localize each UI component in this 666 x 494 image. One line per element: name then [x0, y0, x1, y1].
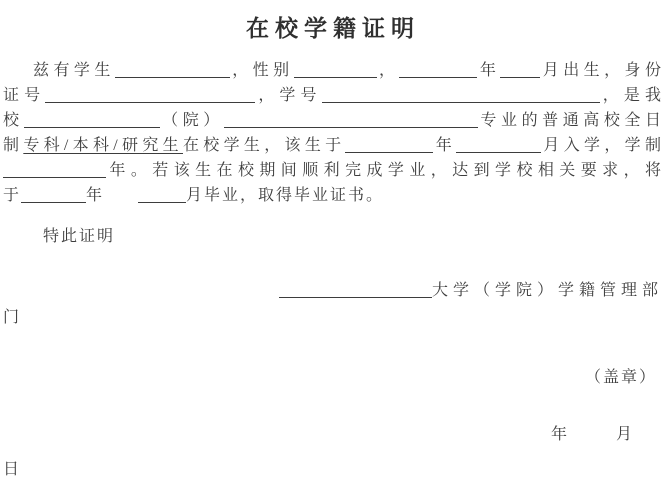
blank-field-birth-month [500, 73, 540, 78]
body-text: 校 [3, 112, 24, 129]
blank-field-enroll-month [456, 148, 541, 153]
date-month-label: 月 [616, 426, 634, 443]
blank-field-study-length [3, 173, 106, 178]
signature-wrap-char: 门 [3, 307, 663, 329]
blank-field-grad-year [21, 198, 86, 203]
body-text: ，学号 [255, 87, 321, 104]
body-text: 年 [86, 187, 104, 204]
body-line-3: 校（院）专业的普通高校全日 [3, 110, 663, 132]
signature-org-suffix: 大学（学院）学籍管理部 [432, 282, 663, 299]
blank-field-grad-month [138, 198, 186, 203]
body-text: 月毕业，取得毕业证书。 [186, 187, 384, 204]
blank-field-enroll-year [345, 148, 433, 153]
body-text: ，是我 [600, 87, 663, 104]
stamp-label: （盖章） [585, 367, 657, 389]
blank-field-student-name [115, 73, 230, 78]
blank-field-university-name [279, 293, 432, 298]
blank-field-major [224, 123, 478, 128]
body-line-5: 年。若该生在校期间顺利完成学业，达到学校相关要求，将 [3, 160, 663, 182]
blank-field-birth-year [399, 73, 477, 78]
blank-field-student-number [322, 98, 600, 103]
body-line-2: 证号，学号，是我 [3, 85, 663, 107]
closing-statement: 特此证明 [3, 226, 663, 248]
body-text: 年。若该生在校期间顺利完成学业，达到学校相关要求，将 [106, 162, 663, 179]
body-text: 专业的普通高校全日 [478, 112, 663, 129]
blank-field-id-number [45, 98, 255, 103]
body-text: 于 [3, 187, 21, 204]
body-text: 制 [3, 137, 23, 154]
body-line-1: 兹有学生，性别，年月出生，身份 [3, 60, 663, 82]
document-title: 在校学籍证明 [0, 10, 666, 43]
body-line-4: 制专科/本科/研究生在校学生，该生于年月入学，学制 [3, 135, 663, 157]
body-text: ， [377, 62, 400, 79]
body-text: 年 [433, 137, 456, 154]
body-text: 月出生，身份 [540, 62, 663, 79]
date-day-label: 日 [3, 459, 663, 481]
body-text: 年 [477, 62, 500, 79]
blank-field-school-name [24, 123, 160, 128]
degree-options-underlined: 专科/本科/研究生 [23, 137, 183, 154]
body-text: ，性别 [230, 62, 294, 79]
body-text: 月入学，学制 [541, 137, 663, 154]
body-line-6: 于年月毕业，取得毕业证书。 [3, 185, 663, 207]
body-text: 证号 [3, 87, 45, 104]
date-year-label: 年 [551, 426, 569, 443]
blank-field-gender [294, 73, 377, 78]
body-text: 兹有学生 [33, 62, 115, 79]
body-text: 在校学生，该生于 [183, 137, 345, 154]
body-text: （院） [160, 112, 224, 129]
signature-line: 大学（学院）学籍管理部 [279, 280, 663, 302]
date-line: 年月 [551, 424, 634, 446]
certificate-page: 在校学籍证明 兹有学生，性别，年月出生，身份 证号，学号，是我 校（院）专业的普… [0, 0, 666, 494]
